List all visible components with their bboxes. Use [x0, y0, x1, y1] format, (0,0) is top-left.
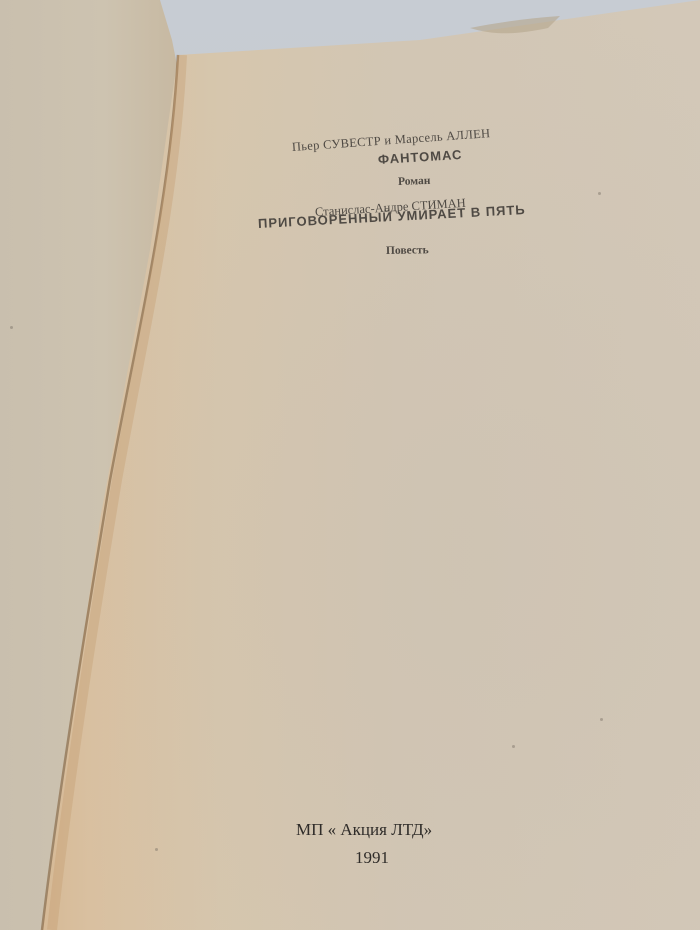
paper-speck: [10, 326, 13, 329]
publication-year: 1991: [355, 848, 389, 868]
work2-genre: Повесть: [386, 244, 429, 257]
work1-title: ФАНТОМАС: [378, 147, 463, 167]
paper-speck: [600, 718, 603, 721]
paper-speck: [155, 848, 158, 851]
title-page-content: Пьер СУВЕСТР и Марсель АЛЛЕН ФАНТОМАС Ро…: [0, 0, 700, 930]
paper-speck: [512, 745, 515, 748]
publisher-imprint: МП « Акция ЛТД»: [296, 820, 432, 840]
paper-speck: [598, 192, 601, 195]
work1-genre: Роман: [398, 175, 431, 188]
